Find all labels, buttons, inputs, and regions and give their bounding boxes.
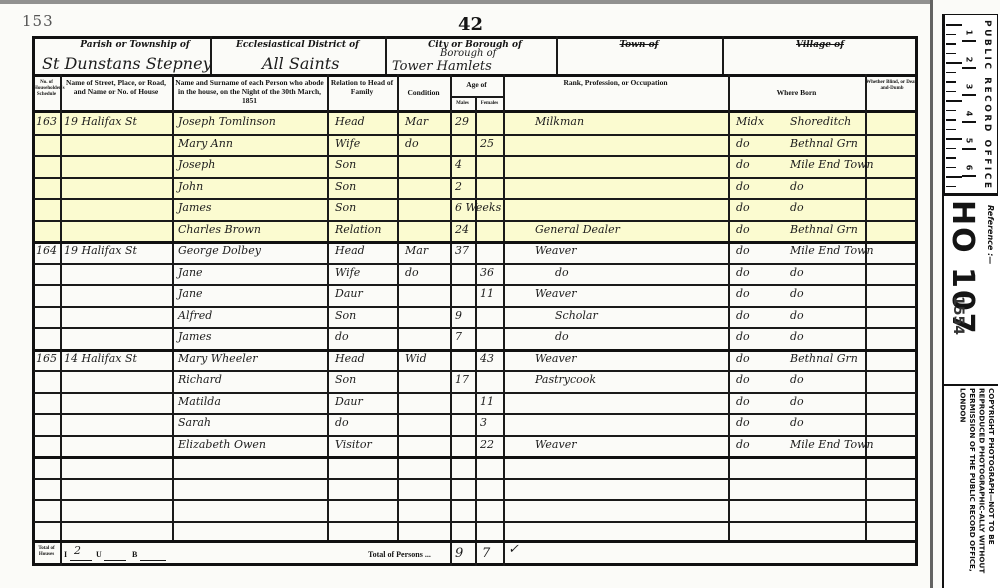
cell-name: James — [178, 201, 212, 214]
ruler-tick — [946, 81, 956, 83]
cell-female-age: 11 — [480, 395, 494, 408]
ruler-division — [962, 121, 976, 123]
col-header-name: Name and Surname of each Person who abod… — [172, 78, 327, 105]
borough-value-line2: Tower Hamlets — [392, 59, 492, 74]
cell-relation: Son — [335, 180, 356, 193]
ruler-title: PUBLIC RECORD OFFICE — [982, 20, 992, 191]
cell-born-county: do — [736, 201, 750, 214]
cell-relation: do — [335, 416, 349, 429]
copyright-notice: COPYRIGHT PHOTOGRAPH—NOT TO BE REPRODUCE… — [956, 388, 996, 578]
cell-born-place: Mile End Town — [790, 244, 874, 257]
cell-condition: Mar — [405, 244, 428, 257]
underline — [104, 560, 126, 561]
cell-male-age: 9 — [455, 309, 462, 322]
cell-relation: Head — [335, 115, 365, 128]
cell-occupation: Scholar — [555, 309, 598, 322]
town-label: Town of — [556, 40, 722, 50]
inhabited-value: 2 — [74, 544, 81, 557]
ruler-number: 6 — [964, 165, 973, 171]
col-header-relation: Relation to Head of Family — [327, 78, 397, 96]
uninhabited-prefix: U — [96, 550, 102, 559]
cell-born-place: Bethnal Grn — [790, 223, 858, 236]
cell-born-place: Bethnal Grn — [790, 137, 858, 150]
page-edge — [930, 0, 933, 588]
parish-label: Parish or Township of — [60, 40, 210, 50]
cell-born-county: do — [736, 416, 750, 429]
cell-male-age: 29 — [455, 115, 469, 128]
ruler-tick — [946, 138, 962, 140]
cell-born-place: Shoreditch — [790, 115, 851, 128]
underline — [70, 560, 92, 561]
cell-relation: Wife — [335, 266, 360, 279]
cell-name: Alfred — [178, 309, 212, 322]
parish-value: St Dunstans Stepney — [42, 54, 212, 73]
cell-female-age: 11 — [480, 287, 494, 300]
cell-female-age: 43 — [480, 352, 494, 365]
col-line — [60, 74, 62, 566]
cell-relation: Relation — [335, 223, 382, 236]
underline — [140, 560, 166, 561]
ruler-tick — [946, 100, 962, 102]
cell-occupation: do — [555, 330, 569, 343]
ruler-number: 3 — [964, 84, 973, 90]
ruler-tick — [946, 176, 962, 178]
cell-relation: Son — [335, 158, 356, 171]
col-header-age-of: Age of — [450, 80, 503, 89]
row-line — [34, 370, 916, 372]
males-total: 9 — [455, 546, 463, 561]
row-line — [34, 263, 916, 265]
cell-name: Joseph Tomlinson — [178, 115, 276, 128]
col-header-females: Females — [476, 101, 503, 107]
cell-schedule: 164 — [36, 244, 57, 257]
ruler-tick — [946, 157, 956, 159]
cell-name: James — [178, 330, 212, 343]
col-line — [475, 96, 477, 566]
col-header-males: Males — [450, 101, 475, 107]
cell-occupation: Weaver — [535, 352, 576, 365]
cell-relation: Son — [335, 373, 356, 386]
cell-male-age: 2 — [455, 180, 462, 193]
cell-schedule: 165 — [36, 352, 57, 365]
cell-relation: Daur — [335, 395, 363, 408]
age-divider — [450, 96, 503, 98]
cell-occupation: Weaver — [535, 287, 576, 300]
cell-born-place: do — [790, 416, 804, 429]
cell-street: 19 Halifax St — [64, 115, 137, 128]
header-divider — [32, 74, 918, 77]
ruler-tick — [946, 148, 956, 150]
reference-label: Reference :— — [986, 205, 995, 264]
ruler-number: 4 — [964, 111, 973, 117]
row-line — [34, 220, 916, 222]
cell-relation: Son — [335, 309, 356, 322]
cell-born-county: do — [736, 137, 750, 150]
col-header-blind: Whether Blind, or Deaf-and-Dumb — [866, 80, 918, 92]
cell-occupation: General Dealer — [535, 223, 620, 236]
cell-born-place: do — [790, 201, 804, 214]
page-number: 42 — [458, 14, 483, 35]
cell-female-age: 22 — [480, 438, 494, 451]
folio-number: 153 — [22, 12, 54, 30]
row-line — [34, 177, 916, 179]
ruler-tick — [946, 43, 956, 45]
ecclesiastical-label: Ecclesiastical District of — [210, 40, 385, 50]
cell-male-age: 4 — [455, 158, 462, 171]
cell-occupation: Weaver — [535, 438, 576, 451]
col-line — [450, 74, 452, 566]
cell-born-place: do — [790, 395, 804, 408]
cell-street: 14 Halifax St — [64, 352, 137, 365]
cell-born-place: do — [790, 180, 804, 193]
ruler-tick — [946, 110, 956, 112]
cell-male-age: 7 — [455, 330, 462, 343]
row-line — [34, 327, 916, 329]
cell-born-county: do — [736, 266, 750, 279]
col-header-condition: Condition — [397, 88, 450, 97]
cell-born-county: do — [736, 373, 750, 386]
ruler-division — [962, 94, 976, 96]
cell-relation: do — [335, 330, 349, 343]
cell-relation: Daur — [335, 287, 363, 300]
ruler-tick — [946, 167, 956, 169]
row-line — [34, 392, 916, 394]
col-line — [503, 74, 505, 566]
row-line — [34, 198, 916, 200]
cell-name: Elizabeth Owen — [178, 438, 266, 451]
cell-male-age: 17 — [455, 373, 469, 386]
cell-male-age: 24 — [455, 223, 469, 236]
cell-name: George Dolbey — [178, 244, 261, 257]
row-line — [34, 306, 916, 308]
cell-occupation: Milkman — [535, 115, 584, 128]
row-line — [34, 134, 916, 136]
cell-name: Mary Wheeler — [178, 352, 258, 365]
cell-born-county: do — [736, 330, 750, 343]
row-line — [34, 155, 916, 157]
cell-female-age: 3 — [480, 416, 487, 429]
ruler-division — [962, 40, 976, 42]
cell-female-age: 25 — [480, 137, 494, 150]
piece-value: 1554 — [950, 296, 966, 335]
cell-name: Sarah — [178, 416, 211, 429]
cell-relation: Son — [335, 201, 356, 214]
cell-male-age: 37 — [455, 244, 469, 257]
row-line — [34, 435, 916, 437]
cell-name: John — [178, 180, 203, 193]
ecclesiastical-value: All Saints — [262, 54, 339, 73]
cell-name: Richard — [178, 373, 222, 386]
ruler-number: 1 — [964, 30, 973, 36]
cell-condition: Wid — [405, 352, 427, 365]
cell-street: 19 Halifax St — [64, 244, 137, 257]
cell-born-place: Bethnal Grn — [790, 352, 858, 365]
total-houses-label: Total of Houses — [34, 546, 59, 558]
cell-born-county: do — [736, 395, 750, 408]
header-sep — [385, 36, 387, 74]
village-label: Village of — [722, 40, 918, 50]
cell-female-age: 36 — [480, 266, 494, 279]
cell-born-place: do — [790, 373, 804, 386]
totals-divider — [32, 540, 918, 543]
cell-born-place: Mile End Town — [790, 158, 874, 171]
cell-born-county: do — [736, 287, 750, 300]
ruler-tick — [946, 91, 956, 93]
cell-name: Charles Brown — [178, 223, 261, 236]
building-prefix: B — [132, 550, 137, 559]
ruler-tick — [946, 72, 956, 74]
cell-born-county: do — [736, 352, 750, 365]
females-total: 7 — [482, 546, 490, 561]
ruler-division — [962, 67, 976, 69]
col-header-occupation: Rank, Profession, or Occupation — [503, 78, 728, 87]
inhabited-prefix: I — [64, 550, 67, 559]
cell-male-age: 6 Weeks — [455, 201, 501, 214]
row-line — [34, 521, 916, 523]
ruler-tick — [946, 129, 956, 131]
cell-born-county: Midx — [736, 115, 764, 128]
page-top-edge — [0, 0, 930, 4]
cell-name: Matilda — [178, 395, 221, 408]
cell-condition: do — [405, 137, 419, 150]
household-divider — [34, 241, 916, 244]
col-header-schedule: No. of Householder's Schedule — [34, 80, 59, 98]
ruler-number: 2 — [964, 57, 973, 63]
cell-born-county: do — [736, 158, 750, 171]
cell-condition: Mar — [405, 115, 428, 128]
cell-schedule: 163 — [36, 115, 57, 128]
cell-born-place: do — [790, 330, 804, 343]
cell-name: Jane — [178, 287, 203, 300]
cell-born-county: do — [736, 180, 750, 193]
cell-born-county: do — [736, 309, 750, 322]
household-divider — [34, 349, 916, 352]
total-persons-label: Total of Persons ... — [368, 550, 431, 559]
ruler-tick — [946, 119, 956, 121]
cell-born-place: do — [790, 287, 804, 300]
ruler-division — [962, 175, 976, 177]
cell-occupation: Pastrycook — [535, 373, 596, 386]
cell-relation: Head — [335, 244, 365, 257]
col-header-street: Name of Street, Place, or Road, and Name… — [60, 78, 172, 96]
check-mark: ✓ — [508, 542, 519, 557]
ruler-tick — [946, 53, 956, 55]
row-line — [34, 413, 916, 415]
ruler-division — [962, 148, 976, 150]
cell-occupation: Weaver — [535, 244, 576, 257]
cell-relation: Visitor — [335, 438, 372, 451]
cell-condition: do — [405, 266, 419, 279]
cell-born-place: do — [790, 309, 804, 322]
cell-occupation: do — [555, 266, 569, 279]
cell-name: Jane — [178, 266, 203, 279]
cell-name: Joseph — [178, 158, 215, 171]
cell-born-county: do — [736, 438, 750, 451]
cell-relation: Head — [335, 352, 365, 365]
ruler-tick — [946, 186, 956, 188]
cell-name: Mary Ann — [178, 137, 233, 150]
strip-divider — [944, 194, 998, 196]
cell-born-place: do — [790, 266, 804, 279]
ruler-number: 5 — [964, 138, 973, 144]
borough-value-line1: Borough of — [440, 48, 496, 59]
row-line — [34, 284, 916, 286]
household-divider — [34, 456, 916, 459]
cell-born-place: Mile End Town — [790, 438, 874, 451]
row-line — [34, 499, 916, 501]
row-line — [34, 478, 916, 480]
cell-relation: Wife — [335, 137, 360, 150]
ruler-tick — [946, 24, 962, 26]
cell-born-county: do — [736, 223, 750, 236]
ruler-tick — [946, 62, 962, 64]
col-header-where-born: Where Born — [728, 88, 865, 97]
ruler-tick — [946, 34, 956, 36]
strip-divider — [944, 384, 998, 386]
cell-born-county: do — [736, 244, 750, 257]
